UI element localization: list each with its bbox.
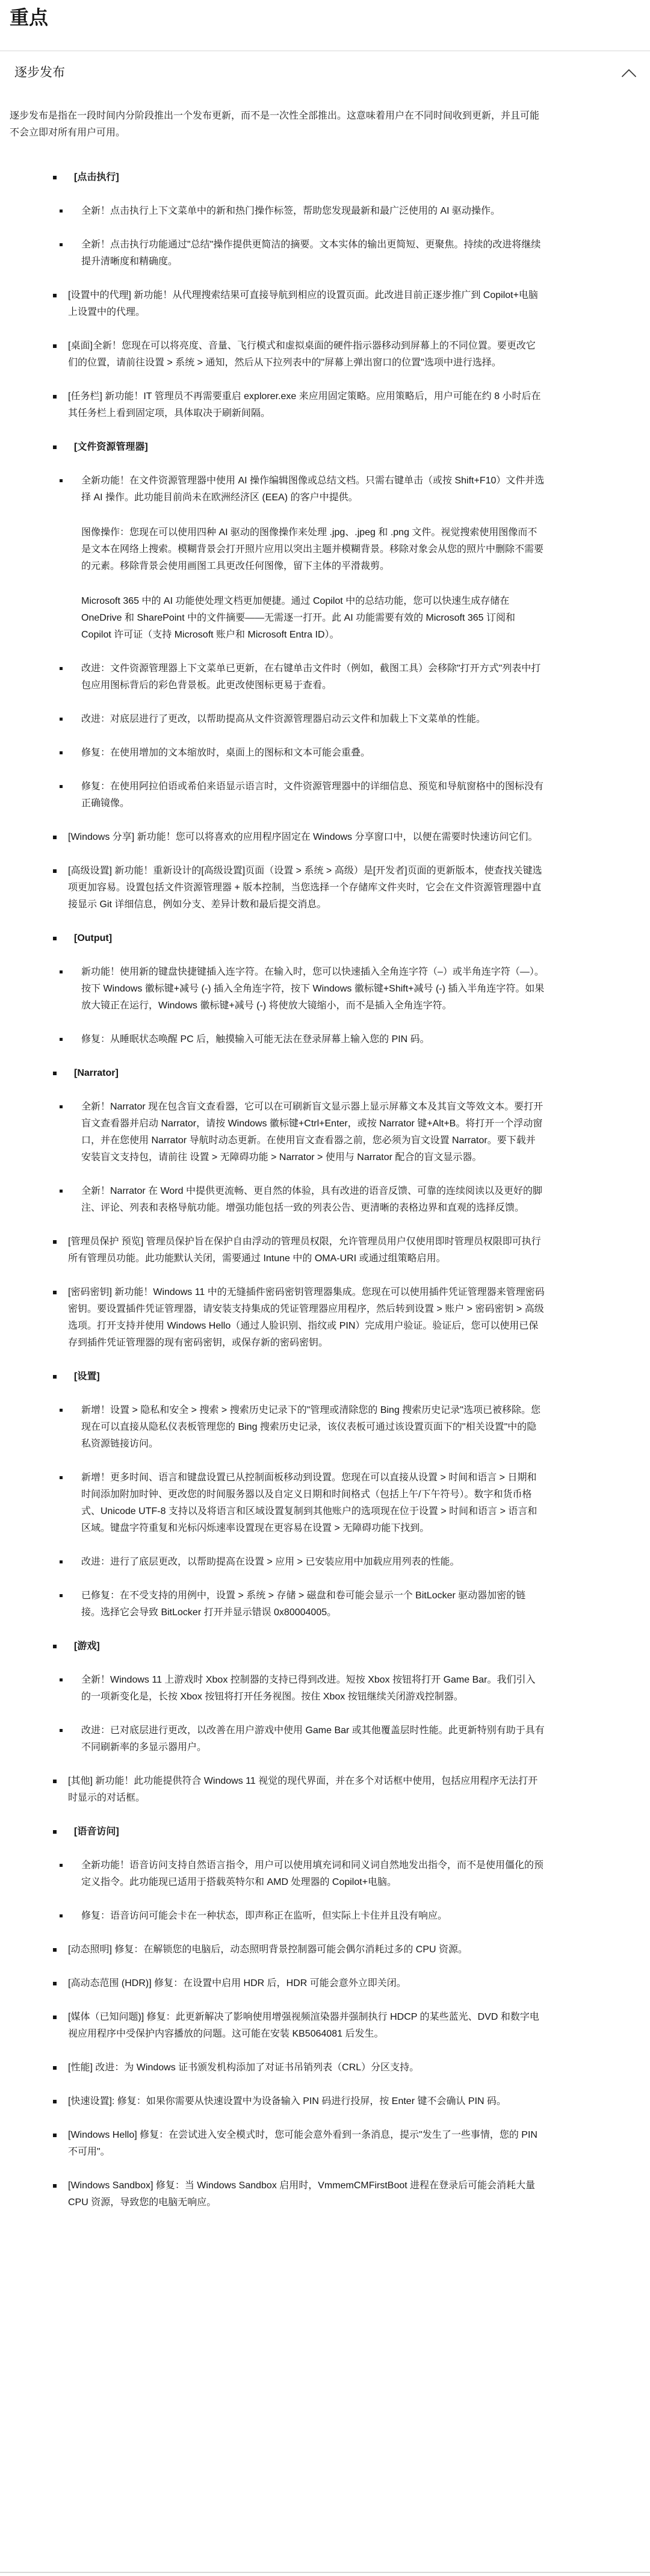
- list-item: [Windows Sandbox] 修复：当 Windows Sandbox 启…: [53, 2177, 545, 2211]
- list-item: [媒体（已知问题)] 修复：此更新解决了影响使用增强视频渲染器并强制执行 HDC…: [53, 2009, 545, 2043]
- item-text: [媒体（已知问题)] 修复：此更新解决了影响使用增强视频渲染器并强制执行 HDC…: [68, 2012, 539, 2039]
- sub-item-text: 全新功能！在文件资源管理器中使用 AI 操作编辑图像或总结文档。只需右键单击（或…: [81, 476, 544, 503]
- list-item: [高级设置] 新功能！重新设计的[高级设置]页面（设置 > 系统 > 高级）是[…: [53, 863, 545, 913]
- list-item: [Windows Hello] 修复：在尝试进入安全模式时，您可能会意外看到一条…: [53, 2127, 545, 2161]
- list-section: [点击执行]全新！点击执行上下文菜单中的新和热门操作标签，帮助您发现最新和最广泛…: [53, 169, 545, 270]
- sub-item-text: 改进：进行了底层更改，以帮助提高在设置 > 应用 > 已安装应用中加载应用列表的…: [81, 1557, 459, 1567]
- list-section: [文件资源管理器]全新功能！在文件资源管理器中使用 AI 操作编辑图像或总结文档…: [53, 439, 545, 812]
- sub-item-text: 新增！设置 > 隐私和安全 > 搜索 > 搜索历史记录下的"管理或清除您的 Bi…: [81, 1405, 540, 1449]
- sub-item-text: 改进：对底层进行了更改，以帮助提高从文件资源管理器启动云文件和加载上下文菜单的性…: [81, 714, 486, 724]
- sub-list-item: 修复：语音访问可能会卡在一种状态，即声称正在监听，但实际上卡住并且没有响应。: [81, 1908, 545, 1925]
- sub-list-item: 改进：已对底层进行更改，以改善在用户游戏中使用 Game Bar 或其他覆盖层时…: [81, 1722, 545, 1756]
- item-text: [Windows Sandbox] 修复：当 Windows Sandbox 启…: [68, 2180, 535, 2208]
- section-label: [Narrator]: [68, 1065, 119, 1082]
- item-text: [管理员保护 预览] 管理员保护旨在保护自由浮动的管理员权限，允许管理员用户仅使…: [68, 1237, 541, 1264]
- sub-list-item: 新增！设置 > 隐私和安全 > 搜索 > 搜索历史记录下的"管理或清除您的 Bi…: [81, 1402, 545, 1453]
- item-text: [性能] 改进：为 Windows 证书颁发机构添加了对证书吊销列表（CRL）分…: [68, 2062, 419, 2073]
- sub-list-item: 全新！Windows 11 上游戏时 Xbox 控制器的支持已得到改进。短按 X…: [81, 1672, 545, 1705]
- list-item: [设置中的代理] 新功能！从代理搜索结果可直接导航到相应的设置页面。此改进目前正…: [53, 287, 545, 321]
- sub-item-text: 新增！更多时间、语言和键盘设置已从控制面板移动到设置。您现在可以直接从设置 > …: [81, 1473, 537, 1533]
- list-item: [管理员保护 预览] 管理员保护旨在保护自由浮动的管理员权限，允许管理员用户仅使…: [53, 1234, 545, 1267]
- sub-paragraph: Microsoft 365 中的 AI 功能使处理文档更加便捷。通过 Copil…: [81, 593, 545, 644]
- item-text: [设置中的代理] 新功能！从代理搜索结果可直接导航到相应的设置页面。此改进目前正…: [68, 290, 538, 317]
- chevron-up-icon: [621, 69, 637, 78]
- item-text: [桌面]全新！您现在可以将亮度、音量、飞行模式和虚拟桌面的硬件指示器移动到屏幕上…: [68, 341, 536, 368]
- sub-list-item: 全新！Narrator 在 Word 中提供更流畅、更自然的体验，具有改进的语音…: [81, 1183, 545, 1217]
- item-text: [高动态范围 (HDR)] 修复：在设置中启用 HDR 后，HDR 可能会意外立…: [68, 1978, 406, 1988]
- list-item: [性能] 改进：为 Windows 证书颁发机构添加了对证书吊销列表（CRL）分…: [53, 2059, 545, 2076]
- accordion-title: 逐步发布: [14, 64, 65, 81]
- sub-list-item: 改进：对底层进行了更改，以帮助提高从文件资源管理器启动云文件和加载上下文菜单的性…: [81, 711, 545, 728]
- sub-item-text: 全新！点击执行功能通过"总结"操作提供更简洁的摘要。文本实体的输出更简短、更聚焦…: [81, 240, 540, 267]
- sub-list-item: 新增！更多时间、语言和键盘设置已从控制面板移动到设置。您现在可以直接从设置 > …: [81, 1470, 545, 1537]
- sub-list-item: 改进：进行了底层更改，以帮助提高在设置 > 应用 > 已安装应用中加载应用列表的…: [81, 1554, 545, 1571]
- sub-list: 新增！设置 > 隐私和安全 > 搜索 > 搜索历史记录下的"管理或清除您的 Bi…: [81, 1402, 545, 1621]
- list-section: [游戏]全新！Windows 11 上游戏时 Xbox 控制器的支持已得到改进。…: [53, 1638, 545, 1756]
- sub-list-item: 新功能！使用新的键盘快捷键插入连字符。在输入时，您可以快速插入全角连字符（–）或…: [81, 964, 545, 1014]
- sub-item-text: 修复：在使用增加的文本缩放时，桌面上的图标和文本可能会重叠。: [81, 748, 370, 758]
- page-title: 重点: [10, 5, 650, 30]
- sub-item-text: 改进：已对底层进行更改，以改善在用户游戏中使用 Game Bar 或其他覆盖层时…: [81, 1725, 545, 1752]
- list-item: [高动态范围 (HDR)] 修复：在设置中启用 HDR 后，HDR 可能会意外立…: [53, 1975, 545, 1992]
- sub-list-item: 全新功能！在文件资源管理器中使用 AI 操作编辑图像或总结文档。只需右键单击（或…: [81, 473, 545, 644]
- list-item: [Windows 分享] 新功能！您可以将喜欢的应用程序固定在 Windows …: [53, 829, 545, 846]
- sub-item-text: 修复：从睡眠状态唤醒 PC 后，触摸输入可能无法在登录屏幕上输入您的 PIN 码…: [81, 1034, 430, 1044]
- sub-list-item: 全新！点击执行功能通过"总结"操作提供更简洁的摘要。文本实体的输出更简短、更聚焦…: [81, 237, 545, 270]
- item-text: [Windows Hello] 修复：在尝试进入安全模式时，您可能会意外看到一条…: [68, 2130, 537, 2157]
- sub-list: 新功能！使用新的键盘快捷键插入连字符。在输入时，您可以快速插入全角连字符（–）或…: [81, 964, 545, 1048]
- list-item: [快速设置]: 修复：如果你需要从快速设置中为设备输入 PIN 码进行投屏，按 …: [53, 2093, 545, 2110]
- section-bottom-divider: [0, 2572, 650, 2573]
- sub-item-text: 修复：语音访问可能会卡在一种状态，即声称正在监听，但实际上卡住并且没有响应。: [81, 1911, 447, 1921]
- list-item: [桌面]全新！您现在可以将亮度、音量、飞行模式和虚拟桌面的硬件指示器移动到屏幕上…: [53, 338, 545, 371]
- item-text: [密码密钥] 新功能！Windows 11 中的无缝插件密码密钥管理器集成。您现…: [68, 1287, 545, 1348]
- item-text: [任务栏] 新功能！IT 管理员不再需要重启 explorer.exe 来应用固…: [68, 391, 541, 418]
- item-text: [其他] 新功能！此功能提供符合 Windows 11 视觉的现代界面，并在多个…: [68, 1776, 537, 1803]
- sub-list-item: 全新！Narrator 现在包含盲文查看器，它可以在可刷新盲文显示器上显示屏幕文…: [81, 1099, 545, 1166]
- section-label: [设置]: [68, 1368, 100, 1385]
- sub-item-text: 修复：在使用阿拉伯语或希伯来语显示语言时，文件资源管理器中的详细信息、预览和导航…: [81, 781, 543, 808]
- sub-paragraph: 图像操作：您现在可以使用四种 AI 驱动的图像操作来处理 .jpg、.jpeg …: [81, 524, 545, 575]
- list-item: [动态照明] 修复：在解锁您的电脑后，动态照明背景控制器可能会偶尔消耗过多的 C…: [53, 1941, 545, 1958]
- list-section: [Output]新功能！使用新的键盘快捷键插入连字符。在输入时，您可以快速插入全…: [53, 930, 545, 1048]
- item-text: [高级设置] 新功能！重新设计的[高级设置]页面（设置 > 系统 > 高级）是[…: [68, 866, 542, 910]
- collapse-section-button[interactable]: [621, 69, 637, 78]
- list-section: [设置]新增！设置 > 隐私和安全 > 搜索 > 搜索历史记录下的"管理或清除您…: [53, 1368, 545, 1621]
- sub-list: 全新功能！在文件资源管理器中使用 AI 操作编辑图像或总结文档。只需右键单击（或…: [81, 473, 545, 812]
- sub-list: 全新！Narrator 现在包含盲文查看器，它可以在可刷新盲文显示器上显示屏幕文…: [81, 1099, 545, 1217]
- item-text: [动态照明] 修复：在解锁您的电脑后，动态照明背景控制器可能会偶尔消耗过多的 C…: [68, 1944, 468, 1955]
- list-section: [Narrator]全新！Narrator 现在包含盲文查看器，它可以在可刷新盲…: [53, 1065, 545, 1217]
- sub-item-text: 全新功能！语音访问支持自然语言指令，用户可以使用填充词和同义词自然地发出指令，而…: [81, 1860, 543, 1887]
- section-label: [文件资源管理器]: [68, 439, 148, 456]
- sub-item-text: 已修复：在不受支持的用例中，设置 > 系统 > 存储 > 磁盘和卷可能会显示一个…: [81, 1591, 525, 1618]
- item-text: [Windows 分享] 新功能！您可以将喜欢的应用程序固定在 Windows …: [68, 832, 538, 842]
- sub-list-item: 已修复：在不受支持的用例中，设置 > 系统 > 存储 > 磁盘和卷可能会显示一个…: [81, 1587, 545, 1621]
- sub-item-text: 全新！点击执行上下文菜单中的新和热门操作标签，帮助您发现最新和最广泛使用的 AI…: [81, 206, 500, 216]
- accordion-header[interactable]: 逐步发布: [0, 51, 650, 81]
- sub-list: 全新！点击执行上下文菜单中的新和热门操作标签，帮助您发现最新和最广泛使用的 AI…: [81, 203, 545, 270]
- sub-list-item: 修复：从睡眠状态唤醒 PC 后，触摸输入可能无法在登录屏幕上输入您的 PIN 码…: [81, 1031, 545, 1048]
- section-label: [点击执行]: [68, 169, 119, 186]
- list-item: [其他] 新功能！此功能提供符合 Windows 11 视觉的现代界面，并在多个…: [53, 1773, 545, 1807]
- sub-list-item: 改进：文件资源管理器上下文菜单已更新，在右键单击文件时（例如，截图工具）会移除"…: [81, 660, 545, 694]
- sub-list-item: 全新！点击执行上下文菜单中的新和热门操作标签，帮助您发现最新和最广泛使用的 AI…: [81, 203, 545, 220]
- list-item: [任务栏] 新功能！IT 管理员不再需要重启 explorer.exe 来应用固…: [53, 388, 545, 422]
- sub-list-item: 修复：在使用阿拉伯语或希伯来语显示语言时，文件资源管理器中的详细信息、预览和导航…: [81, 778, 545, 812]
- sub-item-text: 全新！Narrator 在 Word 中提供更流畅、更自然的体验，具有改进的语音…: [81, 1186, 542, 1213]
- sub-list-item: 修复：在使用增加的文本缩放时，桌面上的图标和文本可能会重叠。: [81, 745, 545, 762]
- bullet-list: [点击执行]全新！点击执行上下文菜单中的新和热门操作标签，帮助您发现最新和最广泛…: [53, 169, 650, 2211]
- section-label: [游戏]: [68, 1638, 100, 1655]
- sub-list: 全新！Windows 11 上游戏时 Xbox 控制器的支持已得到改进。短按 X…: [81, 1672, 545, 1756]
- item-text: [快速设置]: 修复：如果你需要从快速设置中为设备输入 PIN 码进行投屏，按 …: [68, 2096, 506, 2106]
- sub-item-text: 全新！Windows 11 上游戏时 Xbox 控制器的支持已得到改进。短按 X…: [81, 1675, 536, 1702]
- intro-paragraph: 逐步发布是指在一段时间内分阶段推出一个发布更新，而不是一次性全部推出。这意味着用…: [10, 108, 545, 141]
- section-label: [语音访问]: [68, 1823, 119, 1840]
- sub-item-text: 改进：文件资源管理器上下文菜单已更新，在右键单击文件时（例如，截图工具）会移除"…: [81, 663, 540, 691]
- section-label: [Output]: [68, 930, 112, 947]
- sub-item-text: 新功能！使用新的键盘快捷键插入连字符。在输入时，您可以快速插入全角连字符（–）或…: [81, 967, 544, 1011]
- list-item: [密码密钥] 新功能！Windows 11 中的无缝插件密码密钥管理器集成。您现…: [53, 1284, 545, 1352]
- sub-list: 全新功能！语音访问支持自然语言指令，用户可以使用填充词和同义词自然地发出指令，而…: [81, 1857, 545, 1925]
- list-section: [语音访问]全新功能！语音访问支持自然语言指令，用户可以使用填充词和同义词自然地…: [53, 1823, 545, 1925]
- sub-list-item: 全新功能！语音访问支持自然语言指令，用户可以使用填充词和同义词自然地发出指令，而…: [81, 1857, 545, 1891]
- sub-item-text: 全新！Narrator 现在包含盲文查看器，它可以在可刷新盲文显示器上显示屏幕文…: [81, 1102, 543, 1162]
